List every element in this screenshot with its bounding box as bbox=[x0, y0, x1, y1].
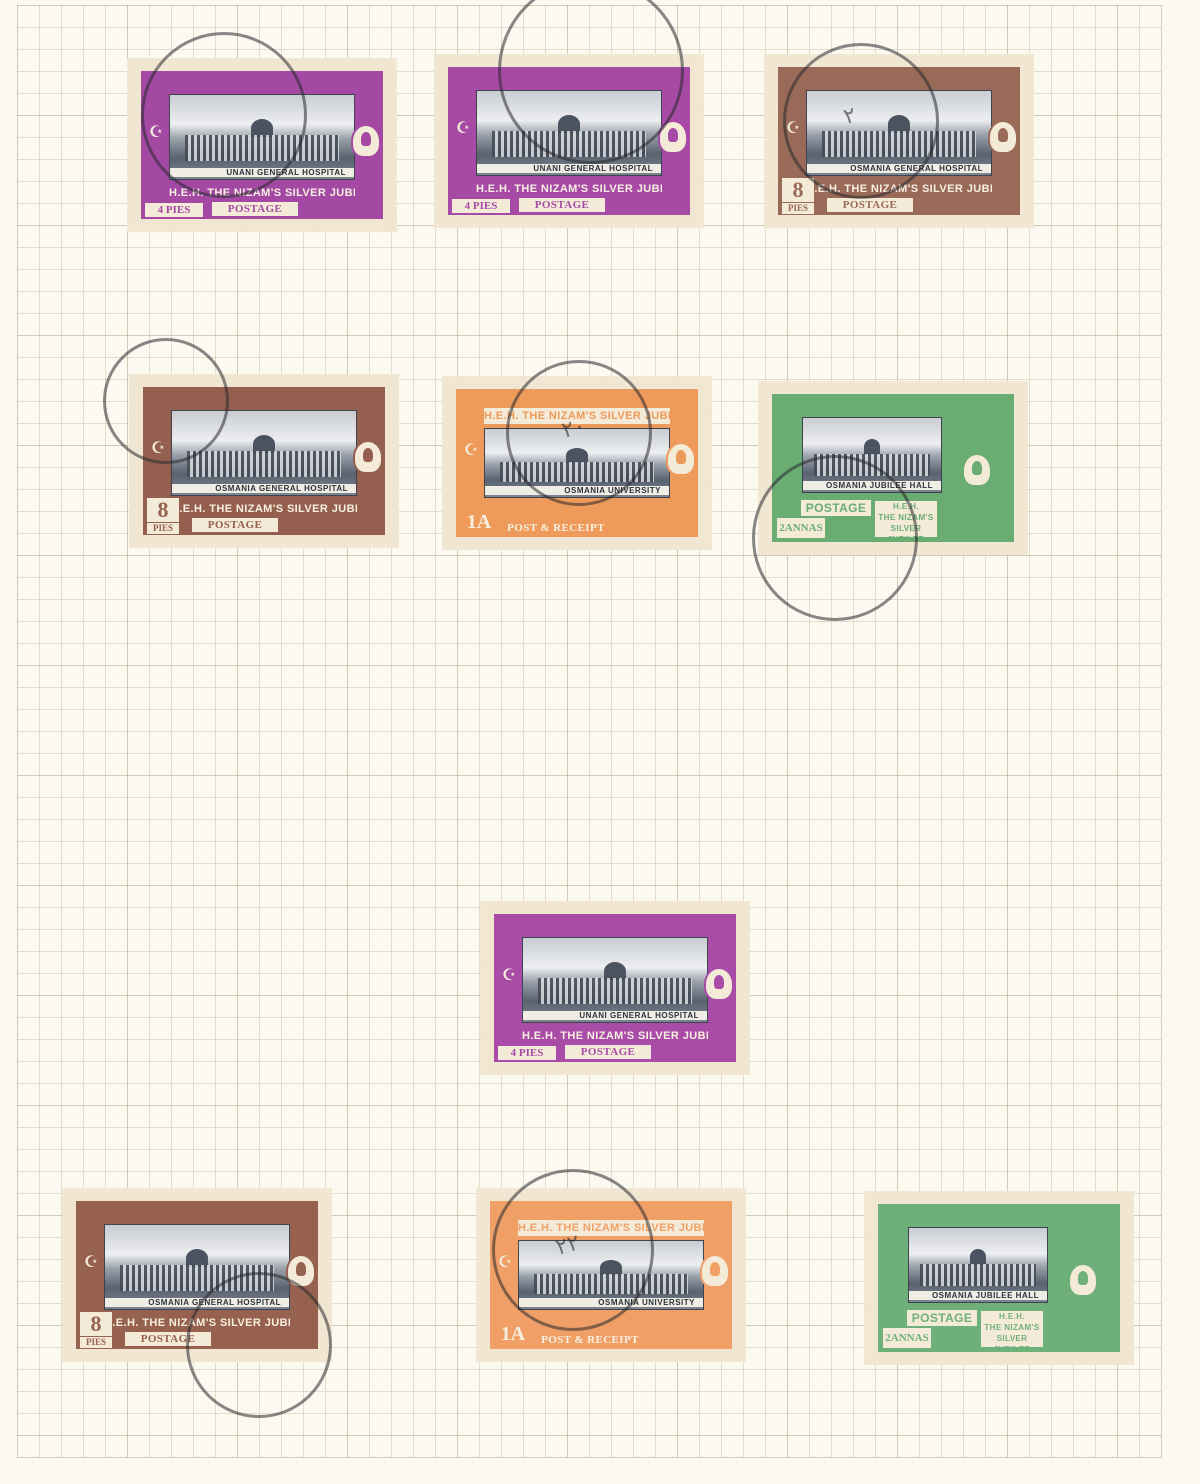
stamp-denomination: 2ANNAS bbox=[882, 1327, 932, 1349]
stamp-denomination: 4 PIES bbox=[145, 203, 203, 217]
stamp-caption: UNANI GENERAL HOSPITAL bbox=[477, 164, 661, 173]
building-dome bbox=[970, 1249, 987, 1265]
stamp-denomination-unit: PIES bbox=[80, 1337, 112, 1348]
crescent-icon: ☪ bbox=[502, 969, 516, 981]
building-dome bbox=[186, 1249, 208, 1267]
building bbox=[538, 978, 693, 1003]
postmark-cancel bbox=[103, 338, 229, 464]
crown-emblem-icon bbox=[666, 442, 696, 476]
stamp-caption: UNANI GENERAL HOSPITAL bbox=[523, 1011, 707, 1020]
building-dome bbox=[604, 962, 626, 980]
postmark-cancel bbox=[141, 32, 307, 198]
stamp-label: POSTAGE bbox=[564, 1044, 652, 1060]
stamp-label: POST & RECEIPT bbox=[538, 1333, 642, 1347]
building-dome bbox=[864, 439, 881, 455]
stamp-denomination: 1A bbox=[460, 509, 498, 535]
stamp-denomination-unit: PIES bbox=[147, 523, 179, 534]
stamp-label: POSTAGE bbox=[906, 1309, 978, 1327]
stamp: UNANI GENERAL HOSPITAL H.E.H. THE NIZAM'… bbox=[438, 58, 700, 224]
postmark-cancel bbox=[783, 43, 939, 199]
stamp-denomination: 8 bbox=[80, 1312, 112, 1336]
stamp-label: POSTAGE bbox=[211, 201, 299, 217]
stamp-denomination: 4 PIES bbox=[452, 199, 510, 213]
stamp-vignette: OSMANIA JUBILEE HALL bbox=[908, 1227, 1048, 1303]
stamp-denomination: 1A bbox=[494, 1321, 532, 1347]
stamp: OSMANIA GENERAL HOSPITAL H.E.H. THE NIZA… bbox=[768, 58, 1030, 224]
crown-emblem-icon bbox=[988, 120, 1018, 154]
stamp: UNANI GENERAL HOSPITAL H.E.H. THE NIZAM'… bbox=[131, 62, 393, 228]
stamp-denomination: 8 bbox=[147, 498, 179, 522]
building-dome bbox=[253, 435, 275, 453]
stamp-caption: OSMANIA JUBILEE HALL bbox=[909, 1291, 1047, 1300]
stamp-label: POSTAGE bbox=[191, 517, 279, 533]
crescent-icon: ☪ bbox=[84, 1256, 98, 1268]
stamp: OSMANIA UNIVERSITY H.E.H. THE NIZAM'S SI… bbox=[480, 1192, 742, 1358]
crown-emblem-icon bbox=[351, 124, 381, 158]
stamp-vignette: UNANI GENERAL HOSPITAL bbox=[522, 937, 708, 1023]
building bbox=[920, 1264, 1036, 1286]
album-page: UNANI GENERAL HOSPITAL H.E.H. THE NIZAM'… bbox=[0, 0, 1200, 1484]
crescent-icon: ☪ bbox=[456, 122, 470, 134]
stamp-denomination: 4 PIES bbox=[498, 1046, 556, 1060]
stamp-label: POST & RECEIPT bbox=[504, 521, 608, 535]
crown-emblem-icon bbox=[704, 967, 734, 1001]
stamp: OSMANIA UNIVERSITY H.E.H. THE NIZAM'S SI… bbox=[446, 380, 708, 546]
stamp-banner: H.E.H.THE NIZAM'SSILVER JUBILEE bbox=[980, 1310, 1044, 1348]
stamp-denomination: 8 bbox=[782, 178, 814, 202]
stamp-banner: H.E.H. THE NIZAM'S SILVER JUBILEE bbox=[171, 500, 357, 518]
stamp: OSMANIA GENERAL HOSPITAL H.E.H. THE NIZA… bbox=[66, 1192, 328, 1358]
stamp-banner: H.E.H. THE NIZAM'S SILVER JUBILEE bbox=[522, 1027, 708, 1045]
crown-emblem-icon bbox=[962, 453, 992, 487]
stamp-denomination-unit: PIES bbox=[782, 203, 814, 214]
postmark-cancel bbox=[186, 1272, 332, 1418]
crown-emblem-icon bbox=[353, 440, 383, 474]
stamp: OSMANIA JUBILEE HALL POSTAGE H.E.H.THE N… bbox=[762, 385, 1024, 551]
stamp: OSMANIA JUBILEE HALL POSTAGE H.E.H.THE N… bbox=[868, 1195, 1130, 1361]
stamp: OSMANIA GENERAL HOSPITAL H.E.H. THE NIZA… bbox=[133, 378, 395, 544]
stamp-label: POSTAGE bbox=[826, 197, 914, 213]
stamp: UNANI GENERAL HOSPITAL H.E.H. THE NIZAM'… bbox=[484, 905, 746, 1071]
crown-emblem-icon bbox=[700, 1254, 730, 1288]
crown-emblem-icon bbox=[1068, 1263, 1098, 1297]
postmark-cancel bbox=[752, 455, 918, 621]
stamp-label: POSTAGE bbox=[518, 197, 606, 213]
crescent-icon: ☪ bbox=[464, 444, 478, 456]
building bbox=[187, 451, 342, 476]
stamp-banner: H.E.H. THE NIZAM'S SILVER JUBILEE bbox=[476, 180, 662, 198]
stamp-caption: OSMANIA GENERAL HOSPITAL bbox=[172, 484, 356, 493]
